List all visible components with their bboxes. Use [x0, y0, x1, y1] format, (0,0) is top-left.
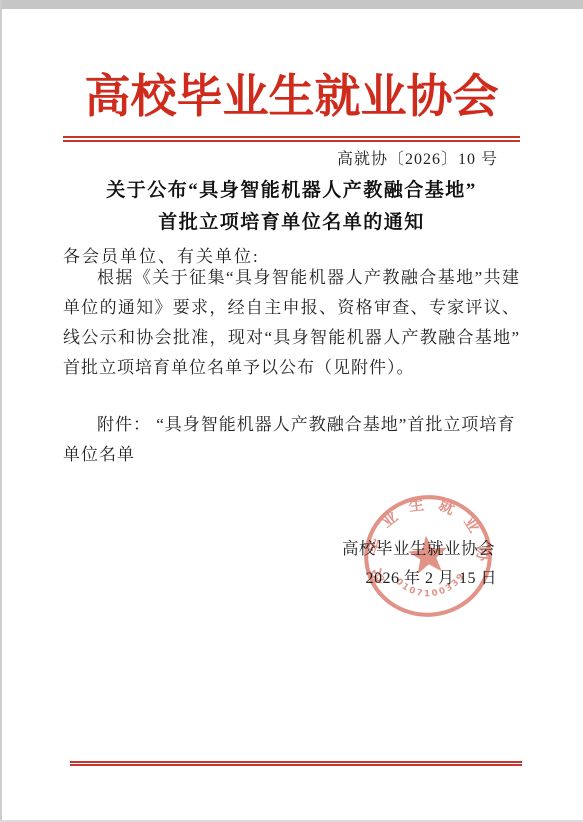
letterhead-org-title: 高校毕业生就业协会 — [0, 66, 583, 128]
attachment-line: 单位名单 — [63, 440, 520, 470]
document-page: 高校毕业生就业协会 高就协〔2026〕10 号 关于公布“具身智能机器人产教融合… — [0, 0, 583, 822]
official-round-seal-icon: 高校毕业生就业协会 11010710033929 — [354, 485, 503, 627]
body-line: 首批立项培育单位名单予以公布（见附件）。 — [63, 353, 520, 383]
notice-title-line1: 关于公布“具身智能机器人产教融合基地” — [0, 175, 583, 202]
star-icon — [406, 533, 449, 574]
letterhead-rule-top — [63, 136, 520, 138]
scan-edge-top — [0, 0, 583, 9]
svg-text:高校毕业生就业协会: 高校毕业生就业协会 — [354, 485, 496, 590]
seal-ring-text: 高校毕业生就业协会 — [354, 485, 496, 590]
attachment-paragraph: 附件： “具身智能机器人产教融合基地”首批立项培育 单位名单 — [63, 410, 520, 470]
footer-rule-top — [70, 761, 522, 763]
body-line: 根据《关于征集“具身智能机器人产教融合基地”共建 — [63, 263, 520, 293]
body-paragraph: 根据《关于征集“具身智能机器人产教融合基地”共建 单位的通知》要求，经自主申报、… — [63, 263, 520, 383]
attachment-line: 附件： “具身智能机器人产教融合基地”首批立项培育 — [63, 410, 520, 440]
notice-title-line2: 首批立项培育单位名单的通知 — [0, 207, 583, 234]
footer-rule-bottom — [70, 764, 522, 766]
body-line: 单位的通知》要求，经自主申报、资格审查、专家评议、在 — [63, 293, 520, 323]
body-line: 线公示和协会批准，现对“具身智能机器人产教融合基地” — [63, 323, 520, 353]
document-number: 高就协〔2026〕10 号 — [337, 146, 498, 169]
letterhead-rule-bottom — [63, 140, 520, 142]
